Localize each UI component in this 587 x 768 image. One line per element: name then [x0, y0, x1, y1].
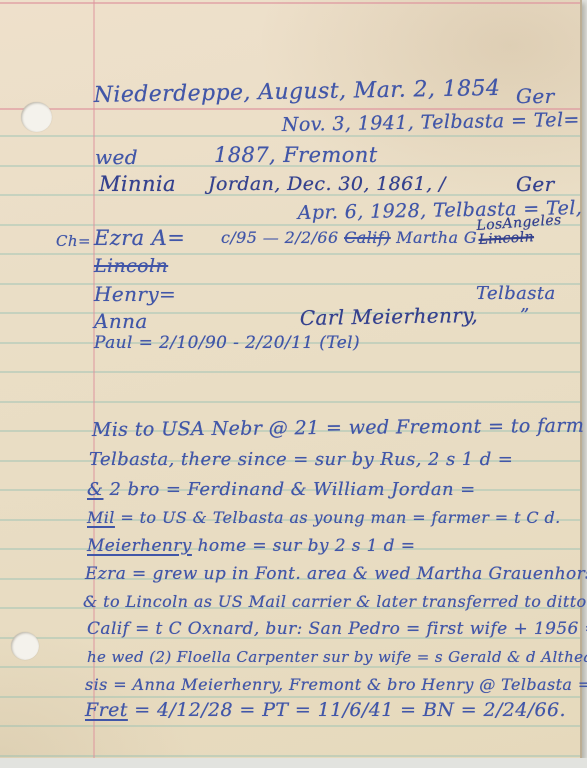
handwriting-text: = to US & Telbasta as young man = farmer…: [115, 508, 561, 527]
handwriting-note-6: Ezra = grew up in Font. area & wed Marth…: [85, 566, 587, 583]
handwriting-surname-line: Niederdeppe, August, Mar. 2, 1854: [94, 78, 501, 107]
handwriting-text: Mil: [87, 508, 115, 527]
handwriting-note-1: Mis to USA Nebr @ 21 = wed Fremont = to …: [92, 416, 587, 440]
handwriting-note-2: Telbasta, there since = sur by Rus, 2 s …: [89, 451, 513, 469]
handwriting-child-anna: Anna: [94, 311, 148, 331]
handwriting-text: = 4/12/28 = PT = 11/6/41 = BN = 2/24/66.: [128, 699, 566, 721]
handwriting-child-paul: Paul = 2/10/90 - 2/20/11 (Tel): [94, 335, 360, 352]
handwriting-text: Mis to USA Nebr @ 21 = wed Fremont = to …: [92, 414, 587, 441]
handwriting-text: Nov. 3, 1941, Telbasta = Tel=: [282, 109, 580, 136]
handwriting-text: 1887, Fremont: [214, 143, 378, 167]
handwriting-note-9: he wed (2) Floella Carpenter sur by wife…: [87, 650, 587, 665]
handwriting-text: Ger: [516, 84, 555, 108]
handwriting-henry-place: Telbasta: [476, 285, 556, 303]
handwriting-anna-spouse: Carl Meierhenry,: [300, 305, 479, 328]
handwriting-note-3: & 2 bro = Ferdinand & William Jordan =: [87, 481, 476, 499]
handwriting-note-5: Meierhenry home = sur by 2 s 1 d =: [87, 538, 415, 555]
handwriting-text: Lincoln: [478, 229, 534, 248]
handwriting-wife-name: Minnia: [99, 174, 176, 195]
handwriting-text: Minnia: [99, 172, 176, 196]
handwriting-note-7: & to Lincoln as US Mail carrier & later …: [83, 594, 587, 610]
handwriting-text: Calif): [344, 228, 391, 247]
handwriting-text: & to Lincoln as US Mail carrier & later …: [83, 592, 587, 611]
handwriting-child-ezra-details: c/95 — 2/2/66 Calif) Martha G: [221, 230, 477, 246]
handwriting-wife-origin: Ger: [516, 174, 555, 194]
handwriting-text: Calif = t C Oxnard, bur: San Pedro = fir…: [87, 619, 587, 639]
handwriting-surname-origin: Ger: [516, 86, 555, 106]
handwriting-note-11: Fret = 4/12/28 = PT = 11/6/41 = BN = 2/2…: [85, 701, 566, 720]
handwriting-text: Henry=: [94, 282, 176, 306]
handwriting-text: Fret: [85, 699, 128, 721]
handwriting-wed-label: wed: [95, 147, 138, 167]
handwriting-text: 2 bro = Ferdinand & William Jordan =: [103, 479, 475, 500]
handwriting-text: Niederdeppe, August, Mar. 2, 1854: [94, 76, 501, 108]
handwriting-note-8: Calif = t C Oxnard, bur: San Pedro = fir…: [87, 621, 587, 638]
handwriting-child-henry: Henry=: [94, 284, 176, 304]
handwriting-ezra-city-crossed: Lincoln: [478, 230, 534, 247]
handwriting-anna-place-ditto: ”: [520, 307, 530, 325]
scanned-notebook-page: Niederdeppe, August, Mar. 2, 1854GerNov.…: [0, 0, 587, 768]
handwriting-text: sis = Anna Meierhenry, Fremont & bro Hen…: [85, 675, 587, 694]
handwriting-text: Carl Meierhenry,: [300, 303, 479, 330]
scan-background-edge: [0, 758, 587, 768]
handwriting-note-4: Mil = to US & Telbasta as young man = fa…: [87, 510, 561, 526]
handwriting-text: Paul = 2/10/90 - 2/20/11 (Tel): [94, 333, 360, 353]
handwriting-note-10: sis = Anna Meierhenry, Fremont & bro Hen…: [85, 677, 587, 693]
handwriting-text: he wed (2) Floella Carpenter sur by wife…: [87, 648, 587, 666]
handwriting-text: Jordan, Dec. 30, 1861, /: [208, 173, 446, 195]
handwriting-children-label: Ch=: [56, 234, 91, 249]
handwriting-text: &: [87, 479, 103, 500]
handwriting-text: c/95 — 2/2/66: [221, 228, 344, 247]
notebook-paper: Niederdeppe, August, Mar. 2, 1854GerNov.…: [0, 0, 582, 758]
handwriting-wife-details: Jordan, Dec. 30, 1861, /: [208, 175, 446, 194]
handwriting-text: Telbasta, there since = sur by Rus, 2 s …: [89, 449, 513, 470]
handwriting-wed-date: 1887, Fremont: [214, 145, 378, 166]
handwriting-text: Meierhenry: [87, 536, 192, 556]
handwriting-text: Martha G: [391, 228, 477, 247]
handwriting-text: wed: [95, 145, 138, 169]
handwriting-text: Anna: [94, 309, 148, 333]
handwriting-text: Lincoln: [94, 255, 168, 277]
handwriting-layer: Niederdeppe, August, Mar. 2, 1854GerNov.…: [0, 0, 580, 758]
handwriting-text: Ezra A=: [94, 226, 185, 250]
handwriting-lincoln-crossed: Lincoln: [94, 257, 168, 276]
handwriting-child-ezra: Ezra A=: [94, 228, 185, 249]
handwriting-text: home = sur by 2 s 1 d =: [192, 536, 416, 556]
handwriting-death-line: Nov. 3, 1941, Telbasta = Tel=: [282, 111, 580, 135]
handwriting-text: Ezra = grew up in Font. area & wed Marth…: [85, 564, 587, 584]
handwriting-text: ”: [520, 305, 530, 326]
handwriting-text: Ger: [516, 172, 555, 196]
handwriting-text: Ch=: [56, 232, 91, 250]
handwriting-text: Telbasta: [476, 283, 556, 304]
